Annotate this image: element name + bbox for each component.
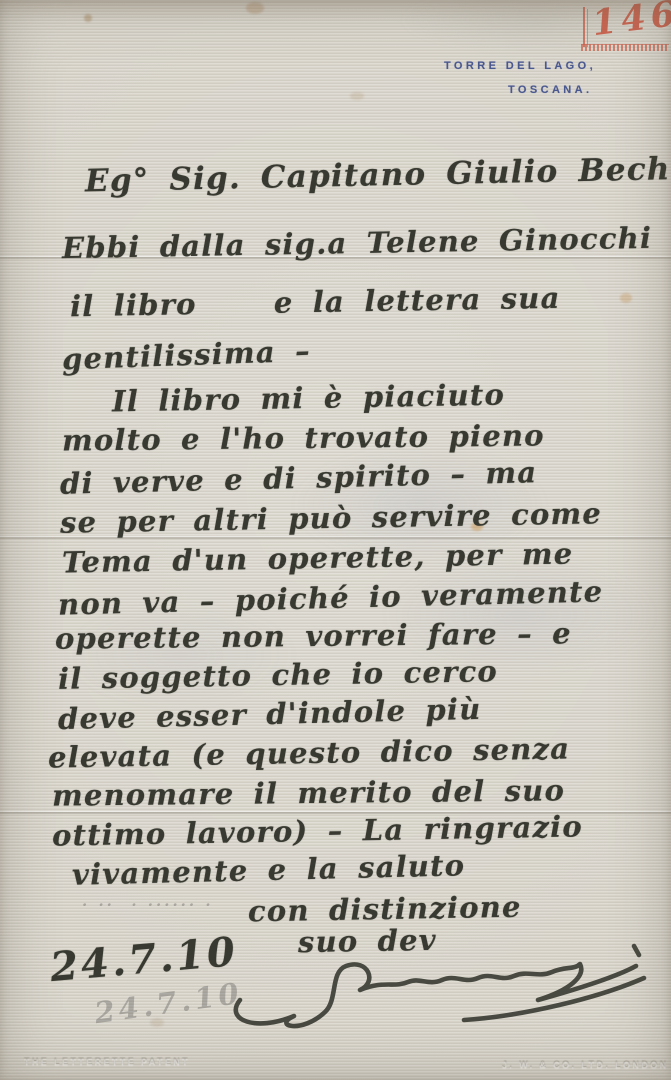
stain: [246, 2, 264, 14]
handwriting-line-6: molto e l'ho trovato pieno: [62, 420, 545, 457]
stationer-mark-right: J. W. & CO. LTD. LONDON: [502, 1060, 669, 1070]
pencil-scribble: · ·· · ······ ·: [82, 896, 214, 914]
stain: [350, 92, 364, 100]
handwriting-line-5: Il libro mi è piaciuto: [112, 380, 506, 419]
handwriting-line-10: non va – poiché io veramente: [58, 576, 604, 621]
archive-number-stamp: 146: [590, 0, 671, 44]
handwriting-line-7: di verve e di spirito – ma: [60, 457, 538, 501]
stationer-mark-left: THE LETTERETTE PATENT: [24, 1057, 190, 1067]
handwriting-line-2: Ebbi dalla sig.a Telene Ginocchi: [62, 223, 653, 265]
stain: [620, 293, 632, 303]
handwriting-line-1: Eg° Sig. Capitano Giulio Bechi:: [85, 152, 671, 199]
letter-page: 146 TORRE DEL LAGO, TOSCANA. Eg° Sig. Ca…: [0, 0, 671, 1080]
letterhead-region: TOSCANA.: [508, 84, 592, 96]
handwriting-line-9: Tema d'un operette, per me: [62, 539, 574, 580]
handwriting-line-12: il soggetto che io cerco: [58, 656, 498, 696]
letterhead-place: TORRE DEL LAGO,: [444, 60, 596, 72]
stain: [84, 14, 92, 22]
handwriting-line-13: deve esser d'indole più: [58, 694, 482, 736]
signature: [222, 928, 648, 1046]
handwriting-line-16: ottimo lavoro) – La ringrazio: [52, 811, 583, 852]
stamp-corner-bracket-hatched: [581, 44, 669, 51]
handwriting-line-4: gentilissima –: [62, 336, 312, 377]
scan-edge-shade: [0, 0, 671, 22]
handwriting-line-11: operette non vorrei fare – e: [55, 618, 572, 655]
stamp-corner-bracket-vertical: [583, 7, 585, 47]
handwriting-line-3: il libro e la lettera sua: [70, 283, 561, 323]
handwriting-line-15: menomare il merito del suo: [52, 775, 565, 812]
handwriting-line-14: elevata (e questo dico senza: [48, 733, 571, 774]
handwriting-line-8: se per altri può servire come: [60, 498, 603, 539]
handwriting-line-17: vivamente e la saluto: [72, 850, 466, 891]
stamp-corner-bracket-vertical-2: [587, 9, 588, 47]
